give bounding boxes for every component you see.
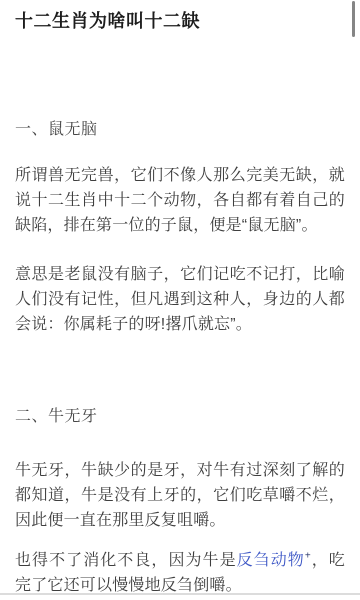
section-2-paragraph-1: 牛无牙，牛缺少的是牙，对牛有过深刻了解的都知道，牛是没有上牙的，它们吃草嚼不烂，… [15,458,345,533]
section-1-paragraph-2: 意思是老鼠没有脑子，它们记吃不记打，比喻人们没有记性，但凡遇到这种人，身边的人都… [15,262,345,337]
section-2-paragraph-2: 也得不了消化不良，因为牛是反刍动物+，吃完了它还可以慢慢地反刍倒嚼。 [15,548,345,598]
bottom-divider [0,593,360,595]
section-1-heading: 一、鼠无脑 [15,118,345,142]
article-page: 十二生肖为啥叫十二缺 一、鼠无脑 所谓兽无完兽，它们不像人那么完美无缺，就说十二… [0,0,360,600]
entity-link-ruminant[interactable]: 反刍动物+ [237,552,311,569]
article-title: 十二生肖为啥叫十二缺 [15,9,345,33]
section-1-paragraph-1: 所谓兽无完兽，它们不像人那么完美无缺，就说十二生肖中十二个动物，各自都有着自己的… [15,163,345,238]
entity-link-text: 反刍动物 [237,552,305,569]
section-2-heading: 二、牛无牙 [15,405,345,429]
paragraph-text-before-link: 也得不了消化不良，因为牛是 [15,552,237,569]
scrollbar-thumb[interactable] [352,1,355,37]
